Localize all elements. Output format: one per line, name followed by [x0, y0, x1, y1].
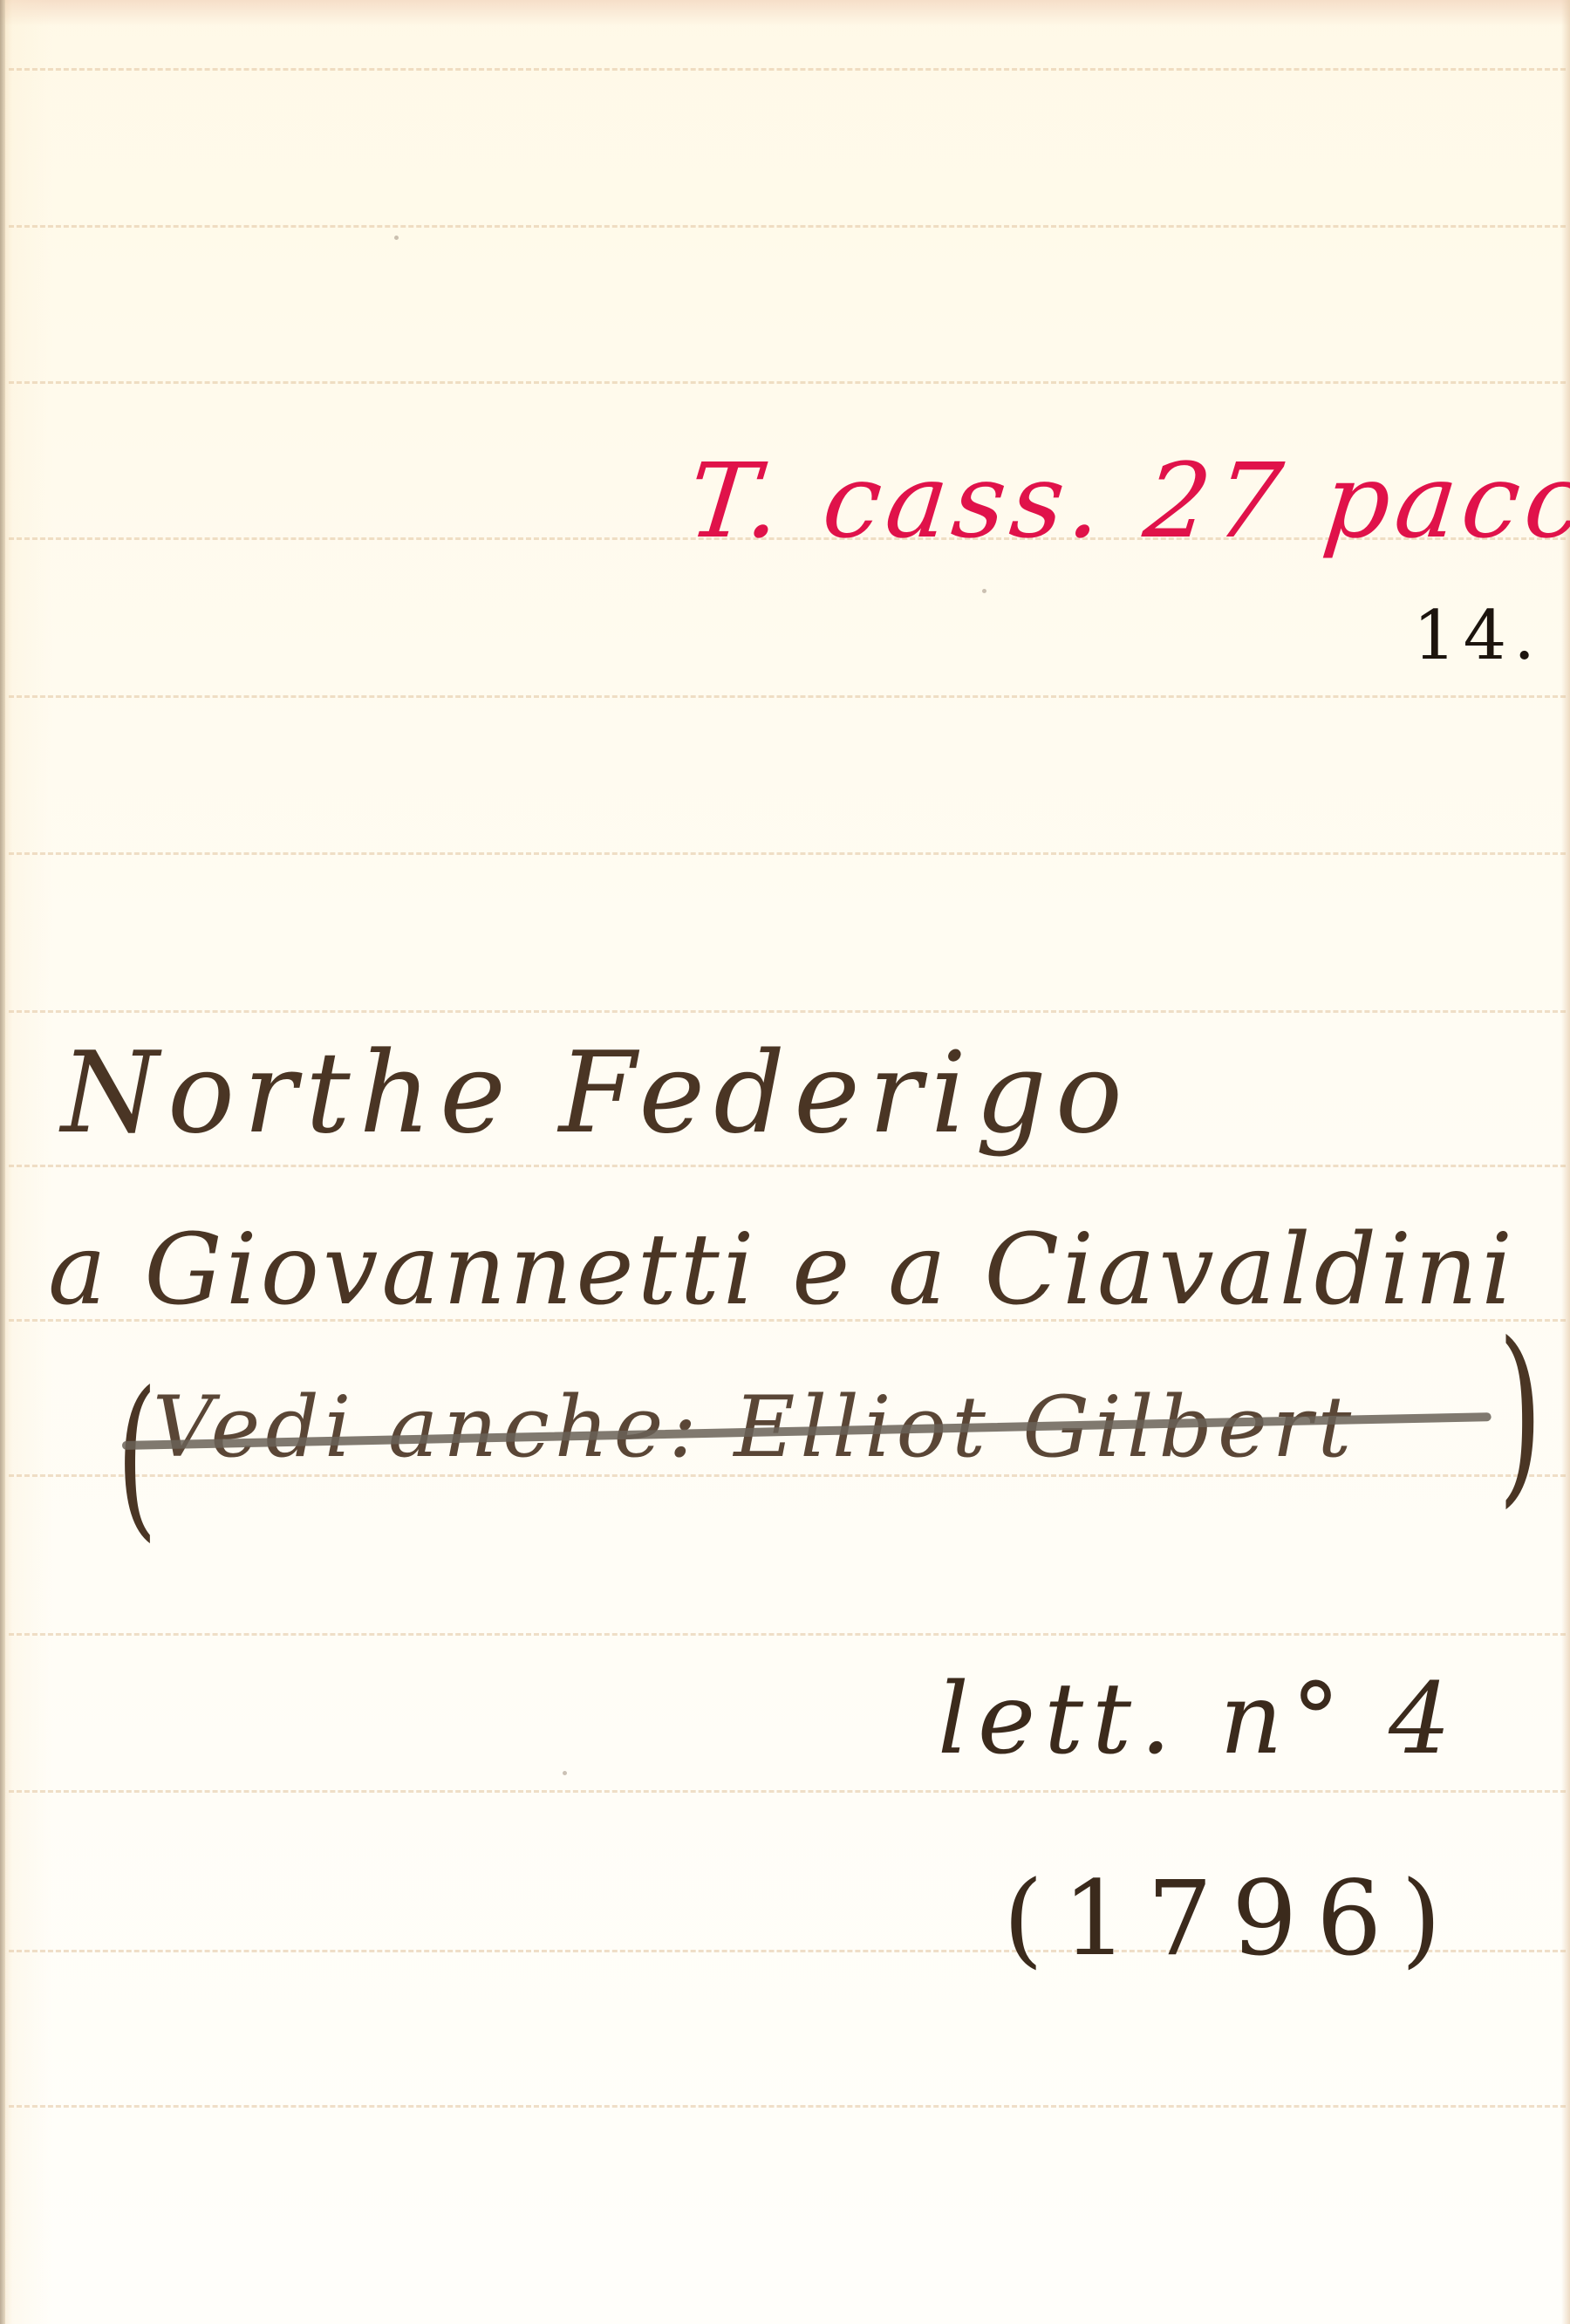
ruled-line [9, 1790, 1566, 1793]
card-right-edge [1561, 0, 1570, 2324]
ruled-line [9, 852, 1566, 855]
close-parenthesis: ) [1498, 1317, 1543, 1509]
open-parenthesis: ( [117, 1370, 158, 1544]
paper-speck [394, 236, 399, 240]
ruled-line [9, 68, 1566, 71]
ruled-line [9, 1165, 1566, 1167]
ruled-line [9, 1010, 1566, 1013]
entry-name: Northe Federigo [61, 1038, 1131, 1150]
paper-speck [982, 589, 986, 593]
ruled-line [9, 381, 1566, 384]
paper-speck [563, 1771, 567, 1775]
index-card: T. cass. 27 pacco 76. 14. Northe Federig… [0, 0, 1570, 2324]
location-mark: T. cass. 27 pacco 76. [684, 449, 1570, 552]
letter-number: lett. n° 4 [938, 1671, 1459, 1768]
card-left-edge [0, 0, 5, 2324]
ruled-line [9, 2105, 1566, 2108]
ruled-line [9, 695, 1566, 698]
letter-year: (1796) [1003, 1867, 1460, 1970]
ruled-line [9, 225, 1566, 228]
sub-number: 14. [1413, 602, 1542, 670]
ruled-line [9, 1633, 1566, 1636]
entry-recipients: a Giovannetti e a Ciavaldini [48, 1221, 1516, 1319]
